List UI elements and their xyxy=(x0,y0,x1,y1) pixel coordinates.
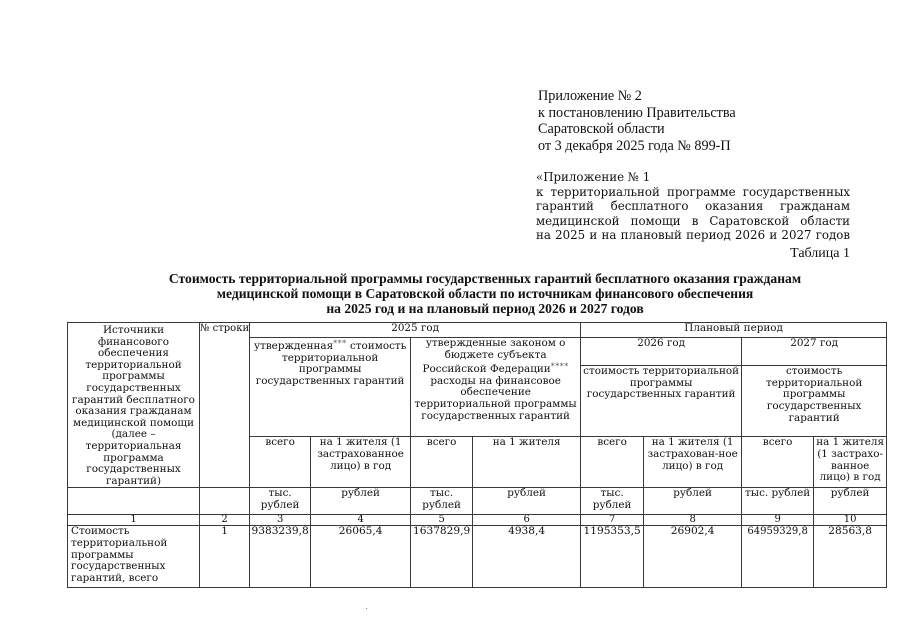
header-total-2027: всего xyxy=(742,437,814,488)
unit-rub: рублей xyxy=(311,488,411,515)
column-number: 7 xyxy=(581,515,644,526)
column-number: 8 xyxy=(644,515,742,526)
table-label: Таблица 1 xyxy=(790,246,850,262)
approved-cost-label: утвержденная xyxy=(254,340,333,352)
header-per-capita-2027: на 1 жителя (1 застрахо-ванное лицо) в г… xyxy=(814,437,887,488)
header-source: Источники финансового обеспечения террит… xyxy=(68,323,200,488)
cell-value: 9383239,8 xyxy=(250,526,311,588)
header-cost-2027: стоимость территориальной программы госу… xyxy=(742,366,887,437)
footnote-marker: **** xyxy=(551,362,569,371)
column-number: 1 xyxy=(68,515,200,526)
header-year-2026: 2026 год xyxy=(581,338,742,366)
header-budget-law: утвержденные законом о бюджете субъекта … xyxy=(411,338,581,437)
unit-rub: рублей xyxy=(814,488,887,515)
header-total-2026: всего xyxy=(581,437,644,488)
cost-table: Источники финансового обеспечения террит… xyxy=(67,322,887,588)
appendix-1-line: на 2025 и на плановый период 2026 и 2027… xyxy=(536,228,850,243)
header-year-2025: 2025 год xyxy=(250,323,581,338)
cell-value: 26065,4 xyxy=(311,526,411,588)
appendix-1-header: «Приложение № 1 к территориальной програ… xyxy=(536,170,850,243)
scan-speck xyxy=(366,608,367,609)
cell-value: 4938,4 xyxy=(473,526,581,588)
cell-value: 64959329,8 xyxy=(742,526,814,588)
header-total-2025: всего xyxy=(250,437,311,488)
column-number: 2 xyxy=(200,515,250,526)
unit-thousand-rub: тыс. рублей xyxy=(411,488,473,515)
header-planned-period: Плановый период xyxy=(581,323,887,338)
unit-thousand-rub: тыс. рублей xyxy=(742,488,814,515)
column-number: 4 xyxy=(311,515,411,526)
unit-thousand-rub: тыс. рублей xyxy=(250,488,311,515)
column-number: 6 xyxy=(473,515,581,526)
unit-rub: рублей xyxy=(644,488,742,515)
header-cost-2026: стоимость территориальной программы госу… xyxy=(581,366,742,437)
column-number: 9 xyxy=(742,515,814,526)
cell-value: 1195353,5 xyxy=(581,526,644,588)
cell-value: 1637829,9 xyxy=(411,526,473,588)
appendix-1-line: медицинской помощи в Саратовской области xyxy=(536,214,850,229)
appendix-2-line: Саратовской области xyxy=(538,121,736,138)
budget-law-label: утвержденные законом о бюджете субъекта … xyxy=(423,338,566,376)
column-number: 3 xyxy=(250,515,311,526)
header-total-budget: всего xyxy=(411,437,473,488)
title-line: Стоимость территориальной программы госу… xyxy=(95,271,875,286)
appendix-1-title: «Приложение № 1 xyxy=(536,170,850,185)
column-number: 5 xyxy=(411,515,473,526)
cell-value: 28563,8 xyxy=(814,526,887,588)
unit-rub: рублей xyxy=(473,488,581,515)
row-number: 1 xyxy=(200,526,250,588)
appendix-2-line: от 3 декабря 2025 года № 899-П xyxy=(538,138,736,155)
header-row-number: № строки xyxy=(200,323,250,488)
header-per-capita-2025: на 1 жителя (1 застрахованное лицо) в го… xyxy=(311,437,411,488)
table-row: Стоимость территориальной программы госу… xyxy=(68,526,887,588)
header-per-capita-budget: на 1 жителя xyxy=(473,437,581,488)
appendix-2-line: к постановлению Правительства xyxy=(538,105,736,122)
appendix-1-line: гарантий бесплатного оказания гражданам xyxy=(536,199,850,214)
appendix-1-line: к территориальной программе государствен… xyxy=(536,185,850,200)
footnote-marker: *** xyxy=(333,339,347,348)
title-line: медицинской помощи в Саратовской области… xyxy=(95,286,875,301)
budget-law-rest: расходы на финансовое обеспечение террит… xyxy=(415,375,577,422)
header-year-2027: 2027 год xyxy=(742,338,887,366)
title-line: на 2025 год и на плановый период 2026 и … xyxy=(95,301,875,316)
appendix-2-header: Приложение № 2 к постановлению Правитель… xyxy=(538,88,736,154)
column-number: 10 xyxy=(814,515,887,526)
row-name: Стоимость территориальной программы госу… xyxy=(68,526,200,588)
cell-value: 26902,4 xyxy=(644,526,742,588)
header-approved-cost: утвержденная*** стоимость территориально… xyxy=(250,338,411,437)
document-title: Стоимость территориальной программы госу… xyxy=(95,271,875,317)
appendix-2-line: Приложение № 2 xyxy=(538,88,736,105)
header-per-capita-2026: на 1 жителя (1 застрахован-ное лицо) в г… xyxy=(644,437,742,488)
unit-thousand-rub: тыс. рублей xyxy=(581,488,644,515)
